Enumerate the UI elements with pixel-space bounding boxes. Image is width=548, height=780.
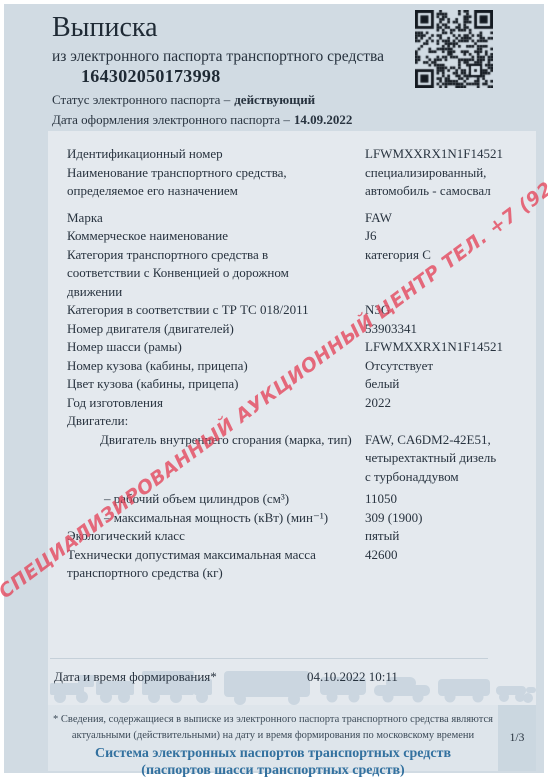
field-label: Год изготовления — [67, 394, 365, 413]
footnote-line1: * Сведения, содержащиеся в выписке из эл… — [48, 712, 498, 728]
field-value: 11050 — [365, 490, 536, 509]
status-value: действующий — [234, 92, 315, 107]
field-label: Наименование транспортного средства, опр… — [67, 164, 365, 201]
field-value — [365, 412, 536, 431]
field-value: LFWMXXRX1N1F14521 — [365, 338, 536, 357]
field-value: Отсутствует — [365, 357, 536, 376]
table-row: – рабочий объем цилиндров (см³)11050 — [67, 490, 536, 509]
table-row: Технически допустимая максимальная масса… — [67, 546, 536, 583]
field-label: Категория транспортного средства в соотв… — [67, 246, 365, 302]
field-label: Экологический класс — [67, 527, 365, 546]
field-value: 309 (1900) — [365, 509, 536, 528]
table-row: Номер кузова (кабины, прицепа)Отсутствуе… — [67, 357, 536, 376]
field-label: Категория в соответствии с ТР ТС 018/201… — [67, 301, 365, 320]
system-name-line1: Система электронных паспортов транспортн… — [48, 746, 498, 763]
qr-code — [415, 10, 493, 88]
table-row: – максимальная мощность (кВт) (мин⁻¹)309… — [67, 509, 536, 528]
field-value: пятый — [365, 527, 536, 546]
page-title: Выписка — [52, 12, 158, 44]
section-divider — [50, 658, 488, 659]
field-label: Двигатели: — [67, 412, 365, 431]
field-value: FAW — [365, 209, 536, 228]
field-label: Номер шасси (рамы) — [67, 338, 365, 357]
table-row: Год изготовления2022 — [67, 394, 536, 413]
field-label: Двигатель внутреннего сгорания (марка, т… — [67, 431, 365, 487]
table-row: Номер шасси (рамы)LFWMXXRX1N1F14521 — [67, 338, 536, 357]
footnote-line2: актуальными (действительными) на дату и … — [48, 728, 498, 744]
field-value: FAW, CA6DM2-42E51, четырехтактный дизель… — [365, 431, 536, 487]
field-value: категория C — [365, 246, 536, 302]
passport-status-line: Статус электронного паспорта –действующи… — [52, 92, 315, 108]
field-value: 42600 — [365, 546, 536, 583]
table-row: Экологический класспятый — [67, 527, 536, 546]
table-row: Двигатели: — [67, 412, 536, 431]
page-indicator: 1/3 — [498, 705, 536, 771]
field-value: специализированный, автомобиль - самосва… — [365, 164, 536, 201]
table-row: Категория в соответствии с ТР ТС 018/201… — [67, 301, 536, 320]
issue-date-value: 14.09.2022 — [294, 112, 353, 127]
field-value: J6 — [365, 227, 536, 246]
passport-number: 164302050173998 — [81, 66, 221, 87]
footer-text-area: * Сведения, содержащиеся в выписке из эл… — [48, 705, 498, 771]
field-label: Цвет кузова (кабины, прицепа) — [67, 375, 365, 394]
fields-table: Идентификационный номерLFWMXXRX1N1F14521… — [48, 131, 536, 583]
table-row: Наименование транспортного средства, опр… — [67, 164, 536, 201]
table-row: Идентификационный номерLFWMXXRX1N1F14521 — [67, 145, 536, 164]
table-row: Цвет кузова (кабины, прицепа)белый — [67, 375, 536, 394]
vehicle-data-panel: Идентификационный номерLFWMXXRX1N1F14521… — [48, 131, 536, 705]
table-row: Категория транспортного средства в соотв… — [67, 246, 536, 302]
field-label: Коммерческое наименование — [67, 227, 365, 246]
table-row: Номер двигателя (двигателей)53903341 — [67, 320, 536, 339]
generation-value: 04.10.2022 10:11 — [307, 667, 398, 686]
table-row: МаркаFAW — [67, 209, 536, 228]
generation-label: Дата и время формирования* — [54, 669, 217, 684]
footer-band: * Сведения, содержащиеся в выписке из эл… — [48, 705, 536, 771]
field-label: – рабочий объем цилиндров (см³) — [67, 490, 365, 509]
status-label: Статус электронного паспорта – — [52, 92, 230, 107]
table-row: Двигатель внутреннего сгорания (марка, т… — [67, 431, 536, 487]
field-label: Номер двигателя (двигателей) — [67, 320, 365, 339]
system-name: Система электронных паспортов транспортн… — [48, 746, 498, 779]
issue-date-label: Дата оформления электронного паспорта – — [52, 112, 290, 127]
field-value: белый — [365, 375, 536, 394]
passport-issue-date-line: Дата оформления электронного паспорта –1… — [52, 112, 352, 128]
field-label: Номер кузова (кабины, прицепа) — [67, 357, 365, 376]
field-label: Идентификационный номер — [67, 145, 365, 164]
field-label: Технически допустимая максимальная масса… — [67, 546, 365, 583]
generation-row: Дата и время формирования* 04.10.2022 10… — [54, 667, 524, 686]
field-value: 53903341 — [365, 320, 536, 339]
passport-extract-document: Выписка из электронного паспорта транспо… — [4, 4, 544, 773]
table-row: Коммерческое наименованиеJ6 — [67, 227, 536, 246]
page-subtitle: из электронного паспорта транспортного с… — [52, 48, 384, 66]
field-label: – максимальная мощность (кВт) (мин⁻¹) — [67, 509, 365, 528]
field-value: N3G — [365, 301, 536, 320]
field-label: Марка — [67, 209, 365, 228]
system-name-line2: (паспортов шасси транспортных средств) — [48, 763, 498, 780]
field-value: 2022 — [365, 394, 536, 413]
field-value: LFWMXXRX1N1F14521 — [365, 145, 536, 164]
